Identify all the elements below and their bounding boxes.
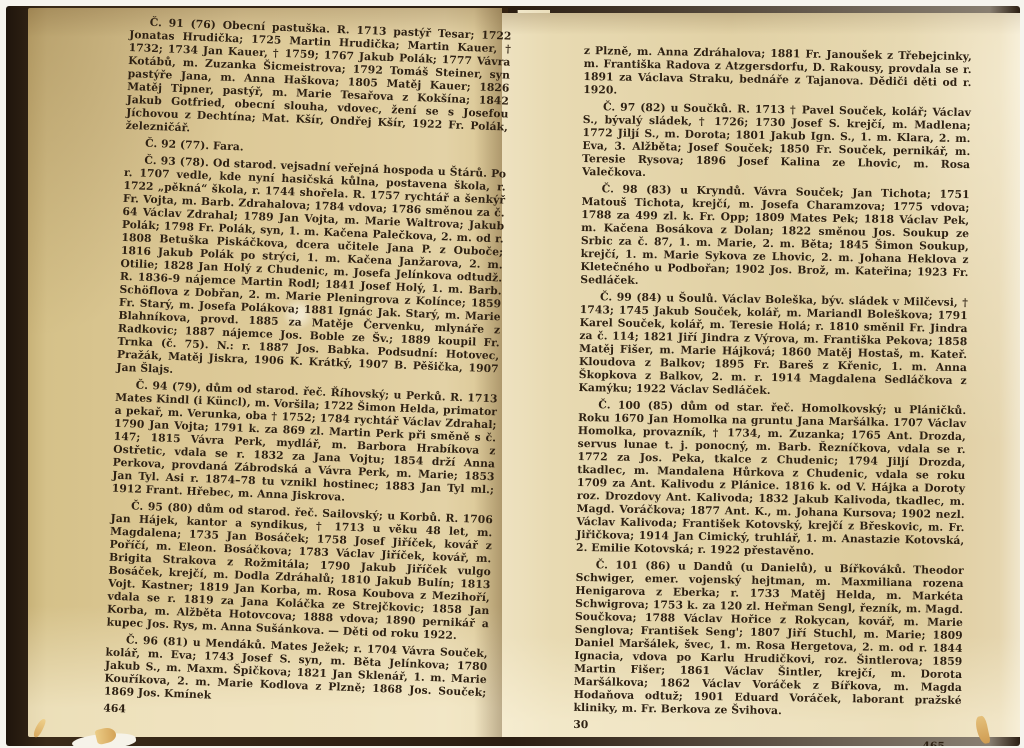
house-entry-continuation: z Plzně, m. Anna Zdráhalova; 1881 Fr. Ja… [583, 44, 972, 102]
house-entry-91: Č. 91 (76) Obecní pastuška. R. 1713 past… [126, 15, 512, 147]
book-scan: Č. 91 (76) Obecní pastuška. R. 1713 past… [0, 0, 1024, 748]
house-entry-99: Č. 99 (84) u Šoulů. Václav Boleška, býv.… [579, 290, 969, 400]
right-page-text: z Plzně, m. Anna Zdráhalova; 1881 Fr. Ja… [573, 44, 972, 748]
house-entry-100: Č. 100 (85) dům od star. řeč. Homolkovsk… [576, 398, 966, 560]
house-entry-95: Č. 95 (80) dům od starod. řeč. Sailovský… [106, 499, 493, 644]
house-entry-98: Č. 98 (83) u Kryndů. Vávra Souček; Jan T… [580, 182, 970, 292]
scanner-margin [0, 0, 1024, 6]
house-entry-97: Č. 97 (82) u Součků. R. 1713 † Pavel Sou… [582, 100, 971, 184]
house-entry-96: Č. 96 (81) u Mendáků. Mates Ježek; r. 17… [104, 633, 488, 713]
scanner-margin [1020, 0, 1024, 748]
house-entry-93: Č. 93 (78). Od starod. vejsadní veřejná … [116, 153, 506, 389]
scanner-margin [0, 0, 6, 748]
house-entry-94: Č. 94 (79), dům od starod. řeč. Říhovský… [112, 378, 498, 510]
house-entry-101: Č. 101 (86) u Dandů (u Danielů), u Bířko… [573, 558, 963, 720]
left-page-text: Č. 91 (76) Obecní pastuška. R. 1713 past… [103, 15, 512, 729]
